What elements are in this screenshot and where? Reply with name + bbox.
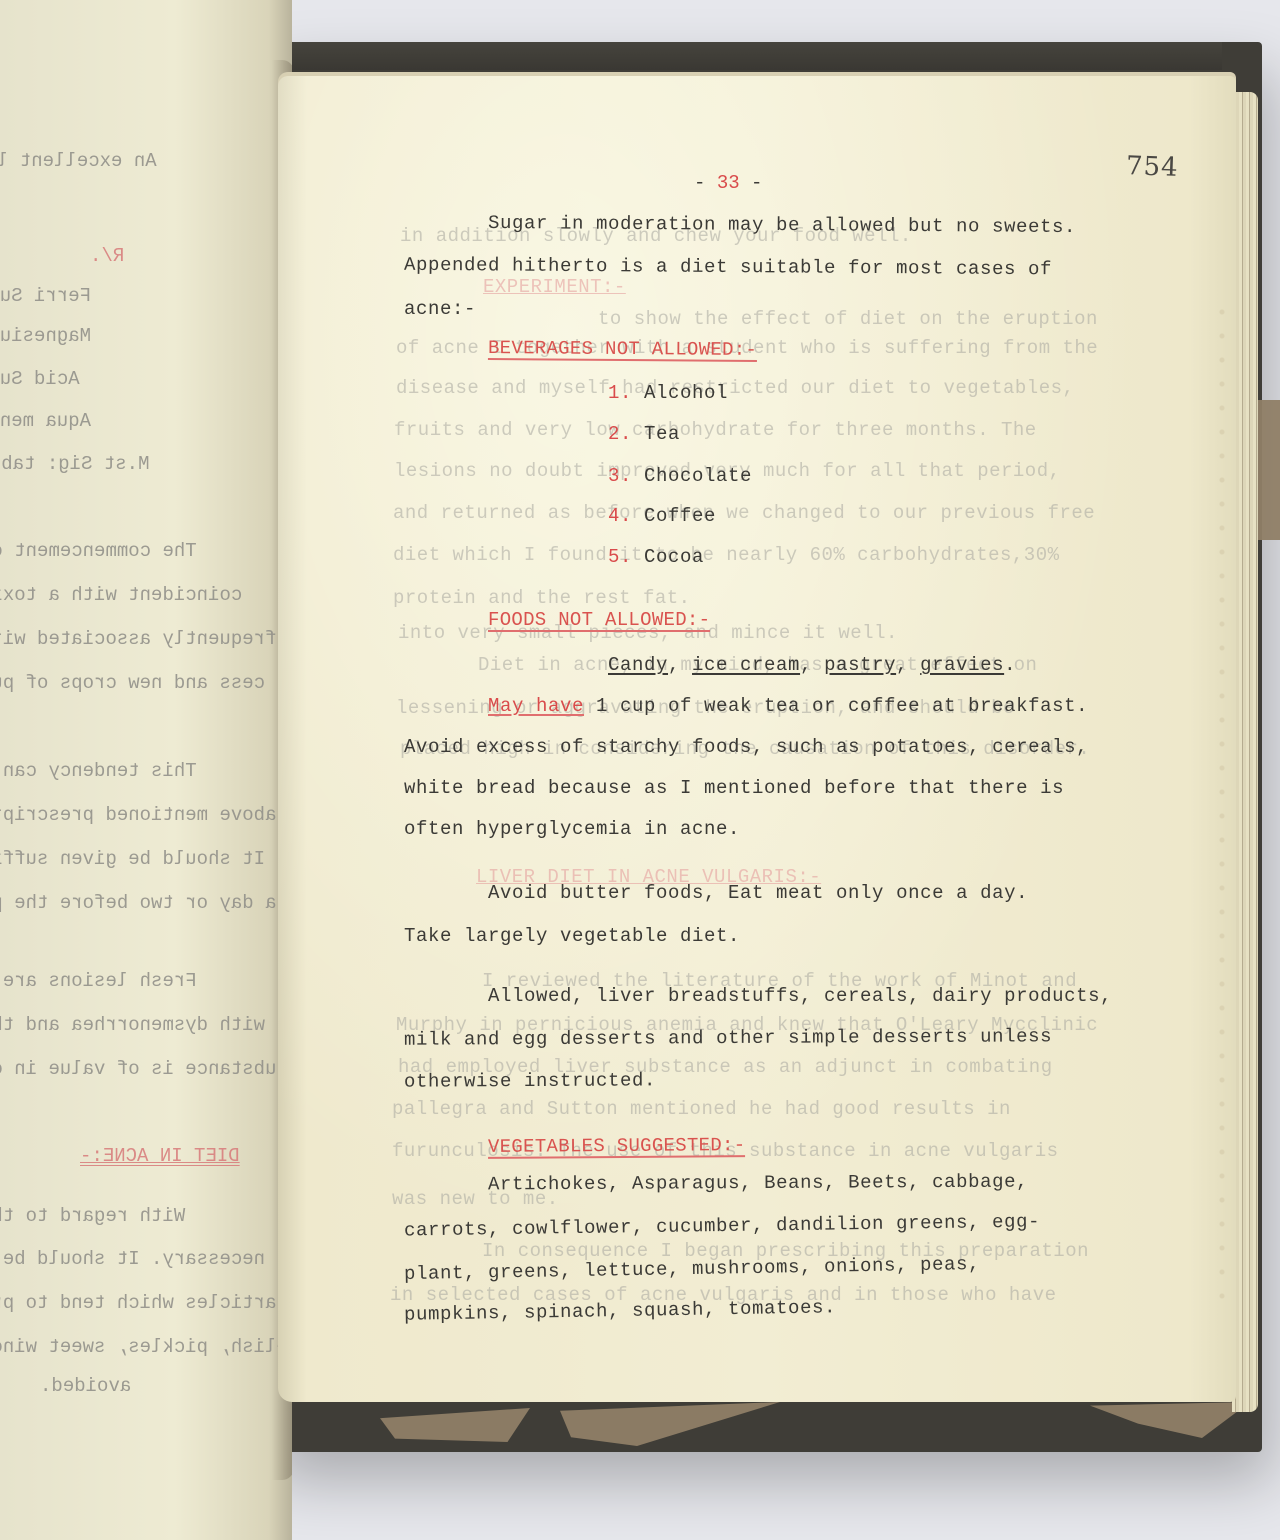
- mirrored-line: relish, pickles, sweet wines: [0, 1336, 292, 1358]
- folio-number: 754: [1125, 151, 1179, 183]
- may-have-line: May have 1 cup of weak tea or coffee at …: [488, 695, 1088, 717]
- page-number-suffix: -: [740, 172, 763, 194]
- beverage-item: 4. Coffee: [608, 505, 716, 527]
- mirrored-line: frequently associated with: [0, 628, 276, 650]
- food-item: ice cream: [692, 654, 800, 676]
- may-have-label: May have: [488, 695, 584, 717]
- mirrored-line: M.st Sig: tablespoonf: [0, 453, 149, 475]
- vegetables-line-1: Artichokes, Asparagus, Beans, Beets, cab…: [488, 1171, 1028, 1196]
- list-number: 2.: [608, 423, 632, 445]
- beverage-label: Coffee: [644, 505, 716, 527]
- beverage-label: Tea: [644, 423, 680, 445]
- page-number: - 33 -: [694, 172, 762, 194]
- list-number: 4.: [608, 505, 632, 527]
- advice-line-1: Avoid butter foods, Eat meat only once a…: [488, 882, 1028, 904]
- bleed-heading: EXPERIMENT:-: [483, 276, 626, 298]
- mirrored-line: R/.: [90, 245, 124, 267]
- beverage-label: Alcohol: [644, 382, 728, 404]
- foods-heading: FOODS NOT ALLOWED:-: [488, 610, 710, 632]
- mirrored-line: with dysmenorrhea and the: [0, 1014, 265, 1036]
- bleed-line: to show the effect of diet on the erupti…: [598, 308, 1098, 330]
- bleed-line: diet which I found it to be nearly 60% c…: [393, 544, 1060, 566]
- mirrored-line: substance is of value in co: [0, 1058, 288, 1080]
- page-number-value: 33: [717, 172, 740, 194]
- beverage-label: Cocoa: [644, 546, 704, 568]
- food-item: Candy: [608, 654, 668, 676]
- bleed-line: pallegra and Sutton mentioned he had goo…: [392, 1098, 1011, 1120]
- mirrored-line: The commencement of: [0, 540, 197, 562]
- mirrored-line: necessary. It should be l: [0, 1248, 265, 1270]
- facing-page: An excellent laxati R/. Ferri Sulphatis …: [0, 0, 292, 1540]
- avoid-line-2: white bread because as I mentioned befor…: [404, 777, 1064, 799]
- torn-paper-right: [1258, 400, 1280, 540]
- bleed-line: fruits and very low carbohydrate for thr…: [394, 419, 1037, 441]
- bleed-line: and returned as before when we changed t…: [393, 502, 1095, 524]
- mirrored-line: Aqua menth pip.: [0, 410, 91, 432]
- mirrored-line: This tendency can b: [0, 760, 197, 782]
- mirrored-line: coincident with a toxic: [0, 584, 242, 606]
- food-item: gravies: [920, 654, 1004, 676]
- advice-line-2: Take largely vegetable diet.: [404, 925, 740, 947]
- beverages-heading: BEVERAGES NOT ALLOWED:-: [488, 338, 757, 362]
- mirrored-line: avoided.: [40, 1375, 131, 1397]
- mirrored-line: It should be given suffic: [0, 848, 265, 870]
- mirrored-line: Magnesium Sulph: [0, 325, 91, 347]
- beverage-label: Chocolate: [644, 465, 752, 487]
- allowed-line-3: otherwise instructed.: [404, 1069, 656, 1092]
- food-item: pastry: [824, 654, 896, 676]
- mirrored-heading: DIET IN ACNE:-: [80, 1145, 240, 1167]
- mirrored-line: articles which tend to pro: [0, 1292, 276, 1314]
- intro-line-1: Sugar in moderation may be allowed but n…: [488, 212, 1076, 238]
- mirrored-line: above mentioned prescripti: [0, 804, 276, 826]
- beverage-item: 5. Cocoa: [608, 546, 704, 568]
- facing-page-mirrored-text: An excellent laxati R/. Ferri Sulphatis …: [0, 0, 292, 1540]
- intro-line-3: acne:-: [404, 298, 476, 320]
- beverage-item: 2. Tea: [608, 423, 680, 445]
- mirrored-line: Fresh lesions are a: [0, 970, 197, 992]
- page-number-prefix: -: [694, 172, 717, 194]
- may-have-text: 1 cup of weak tea or coffee at breakfast…: [584, 695, 1088, 717]
- cover-top-edge: [262, 42, 1222, 70]
- bleed-line: disease and myself had restricted our di…: [396, 377, 1074, 399]
- list-number: 3.: [608, 465, 632, 487]
- foods-not-allowed-list: Candy, ice cream, pastry, gravies.: [608, 654, 1016, 676]
- beverage-item: 3. Chocolate: [608, 465, 752, 487]
- list-number: 1.: [608, 382, 632, 404]
- list-number: 5.: [608, 546, 632, 568]
- bleed-line: protein and the rest fat.: [393, 587, 691, 609]
- mirrored-line: Ferri Sulphatis: [0, 285, 91, 307]
- vegetables-heading: VEGETABLES SUGGESTED:-: [488, 1135, 746, 1159]
- intro-line-2: Appended hitherto is a diet suitable for…: [404, 254, 1052, 281]
- perforation-marks: [1216, 300, 1228, 1300]
- allowed-line-2: milk and egg desserts and other simple d…: [404, 1025, 1052, 1050]
- mirrored-line: An excellent laxati: [0, 150, 157, 172]
- mirrored-line: With regard to the: [0, 1205, 185, 1227]
- mirrored-line: Acid Sulphuric: [0, 368, 80, 390]
- mirrored-line: a day or two before the pe: [0, 892, 276, 914]
- allowed-line-1: Allowed, liver breadstuffs, cereals, dai…: [488, 985, 1112, 1007]
- beverage-item: 1. Alcohol: [608, 382, 728, 404]
- mirrored-line: cess and new crops of pus: [0, 672, 265, 694]
- avoid-line-3: often hyperglycemia in acne.: [404, 818, 740, 840]
- avoid-line-1: Avoid excess of starchy foods, such as p…: [404, 736, 1088, 758]
